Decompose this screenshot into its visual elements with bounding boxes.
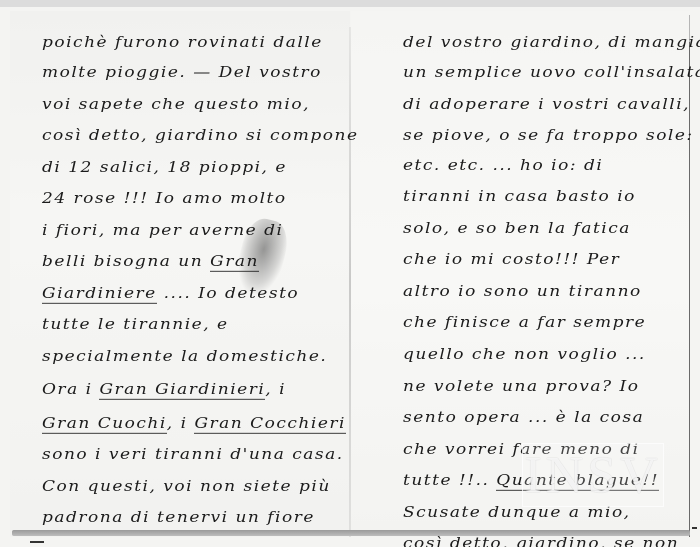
left-page-line: Gran Cuochi, i Gran Cocchieri [42, 415, 346, 432]
right-page-line: ne volete una prova? Io [403, 378, 639, 395]
right-page-line: così detto, giardino, se non [403, 535, 679, 547]
right-page-line: etc. etc. ... ho io: di [403, 157, 603, 174]
left-page-line: Ora i Gran Giardinieri, i [42, 381, 286, 398]
right-page-line: tiranni in casa basto io [403, 188, 636, 205]
right-page-line: quello che non voglio ... [403, 346, 646, 363]
center-fold [349, 27, 351, 537]
left-page-line: Con questi, voi non siete più [42, 478, 331, 495]
right-page-line: che finisce a far sempre [403, 314, 646, 331]
scan-top-border [0, 0, 700, 7]
left-page-line: di 12 salici, 18 pioppi, e [42, 159, 287, 176]
scan-mark-bottom-left [30, 541, 44, 543]
left-page-line: belli bisogna un Gran [42, 253, 259, 270]
left-page-line: poichè furono rovinati dalle [42, 34, 323, 51]
left-page-line: così detto, giardino si compone [42, 127, 359, 144]
right-page-line: di adoperare i vostri cavalli, [403, 96, 690, 113]
watermark: INSV [522, 443, 664, 507]
left-page-line: molte pioggie. — Del vostro [42, 64, 322, 81]
left-page-line: 24 rose !!! Io amo molto [42, 190, 287, 207]
left-page-line: specialmente la domestiche. [42, 348, 327, 365]
right-page-line: altro io sono un tiranno [403, 283, 642, 300]
right-page-line: del vostro giardino, di mangiare [403, 34, 700, 51]
right-page-line: un semplice uovo coll'insalata, [403, 64, 700, 81]
left-page-line: tutte le tirannie, e [42, 316, 229, 333]
left-page-line: i fiori, ma per averne di [42, 222, 283, 239]
scan-mark-bottom-right [692, 527, 697, 529]
left-page-line: sono i veri tiranni d'una casa. [42, 446, 344, 463]
left-page-line: Giardiniere .... Io detesto [42, 285, 299, 302]
right-page-line: solo, e so ben la fatica [403, 220, 631, 237]
left-page-line: padrona di tenervi un fiore [42, 509, 315, 526]
right-page-line: che io mi costo!!! Per [403, 251, 620, 268]
left-page-line: voi sapete che questo mio, [42, 96, 310, 113]
right-page-line: sento opera ... è la cosa [403, 409, 644, 426]
right-page-edge [689, 42, 690, 537]
right-page-line: se piove, o se fa troppo sole: [403, 127, 694, 144]
